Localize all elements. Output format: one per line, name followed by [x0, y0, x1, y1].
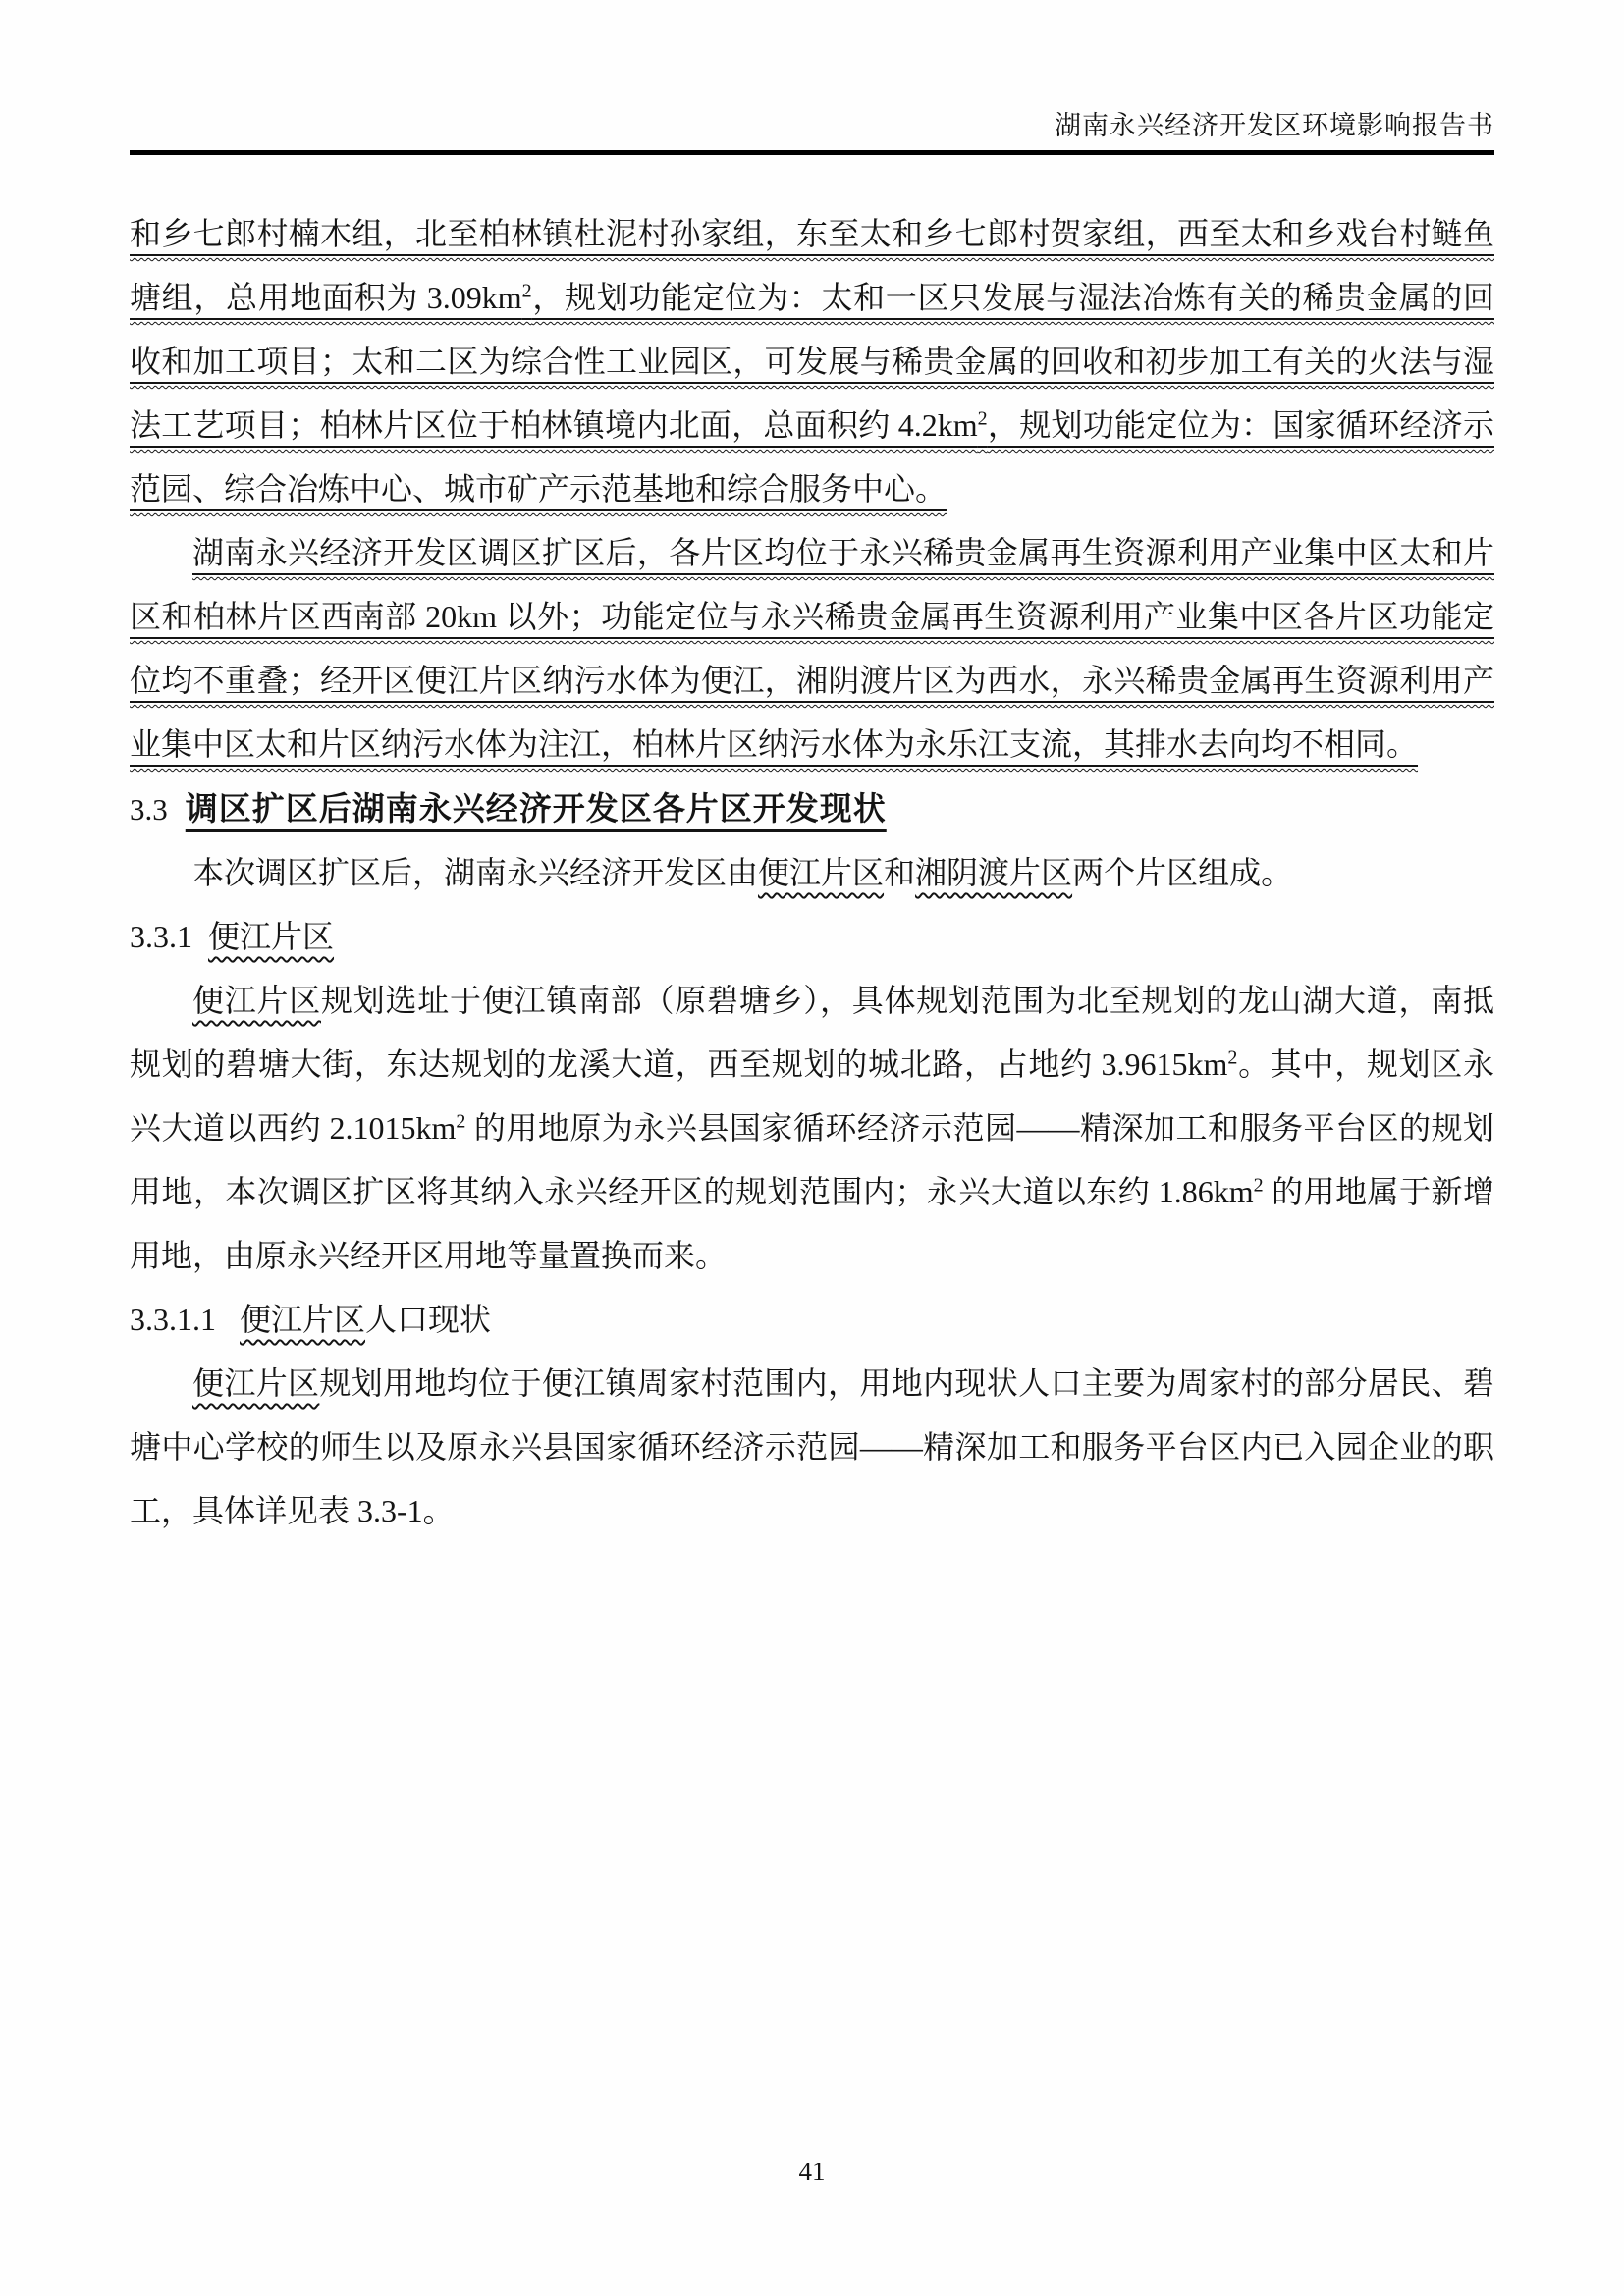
- body-text: 规划用地均位于便江镇周家村范围内，用地内现状人口主要为周家村的部分居民、碧塘中心…: [130, 1365, 1494, 1528]
- header-rule: [130, 150, 1494, 155]
- superscript-2: 2: [456, 1110, 465, 1132]
- place-name-bianjiang: 便江片区: [192, 1365, 319, 1401]
- header-title: 湖南永兴经济开发区环境影响报告书: [130, 110, 1494, 141]
- heading-title: 调区扩区后湖南永兴经济开发区各片区开发现状: [186, 790, 887, 827]
- superscript-2: 2: [1254, 1174, 1264, 1196]
- place-name-bianjiang: 便江片区: [758, 855, 884, 890]
- heading-number: 3.3.1: [130, 919, 192, 954]
- paragraph-bianjiang-planning: 便江片区规划选址于便江镇南部（原碧塘乡），具体规划范围为北至规划的龙山湖大道，南…: [130, 969, 1494, 1288]
- superscript-2: 2: [522, 280, 532, 301]
- paragraph-zone-composition: 本次调区扩区后，湖南永兴经济开发区由便江片区和湘阴渡片区两个片区组成。: [130, 841, 1494, 905]
- paragraph-taihe-bolin-zones: 和乡七郎村楠木组，北至柏林镇杜泥村孙家组，东至太和乡七郎村贺家组，西至太和乡戏台…: [130, 202, 1494, 521]
- page-header: 湖南永兴经济开发区环境影响报告书: [130, 110, 1494, 155]
- heading-number: 3.3: [130, 792, 168, 827]
- superscript-2: 2: [978, 407, 988, 429]
- paragraph-zone-relations: 湖南永兴经济开发区调区扩区后，各片区均位于永兴稀贵金属再生资源利用产业集中区太和…: [130, 521, 1494, 776]
- place-name-xiangyindu: 湘阴渡片区: [915, 855, 1072, 890]
- heading-title: 便江片区: [208, 919, 334, 954]
- page-number: 41: [799, 2157, 826, 2186]
- section-heading-3-3-1: 3.3.1便江片区: [130, 905, 1494, 969]
- document-body: 和乡七郎村楠木组，北至柏林镇杜泥村孙家组，东至太和乡七郎村贺家组，西至太和乡戏台…: [130, 202, 1494, 1543]
- section-heading-3-3: 3.3调区扩区后湖南永兴经济开发区各片区开发现状: [130, 776, 1494, 841]
- body-text: 两个片区组成。: [1072, 855, 1292, 890]
- revision-underline-span: 湖南永兴经济开发区调区扩区后，各片区均位于永兴稀贵金属再生资源利用产业集中区太和…: [130, 535, 1494, 762]
- body-text: 和: [884, 855, 915, 890]
- heading-title: 人口现状: [365, 1302, 491, 1337]
- place-name-bianjiang: 便江片区: [240, 1302, 365, 1337]
- revision-underline-span: 和乡七郎村楠木组，北至柏林镇杜泥村孙家组，东至太和乡七郎村贺家组，西至太和乡戏台…: [130, 216, 1494, 507]
- body-text: 湖南永兴经济开发区调区扩区后，各片区均位于永兴稀贵金属再生资源利用产业集中区太和…: [130, 535, 1494, 762]
- document-page: 湖南永兴经济开发区环境影响报告书 和乡七郎村楠木组，北至柏林镇杜泥村孙家组，东至…: [0, 0, 1624, 2296]
- place-name-bianjiang: 便江片区: [192, 983, 321, 1018]
- page-footer: 41: [0, 2157, 1624, 2186]
- section-heading-3-3-1-1: 3.3.1.1便江片区人口现状: [130, 1288, 1494, 1352]
- paragraph-population-status: 便江片区规划用地均位于便江镇周家村范围内，用地内现状人口主要为周家村的部分居民、…: [130, 1352, 1494, 1543]
- heading-number: 3.3.1.1: [130, 1302, 216, 1337]
- superscript-2: 2: [1227, 1046, 1237, 1068]
- body-text: 本次调区扩区后，湖南永兴经济开发区由: [192, 855, 758, 890]
